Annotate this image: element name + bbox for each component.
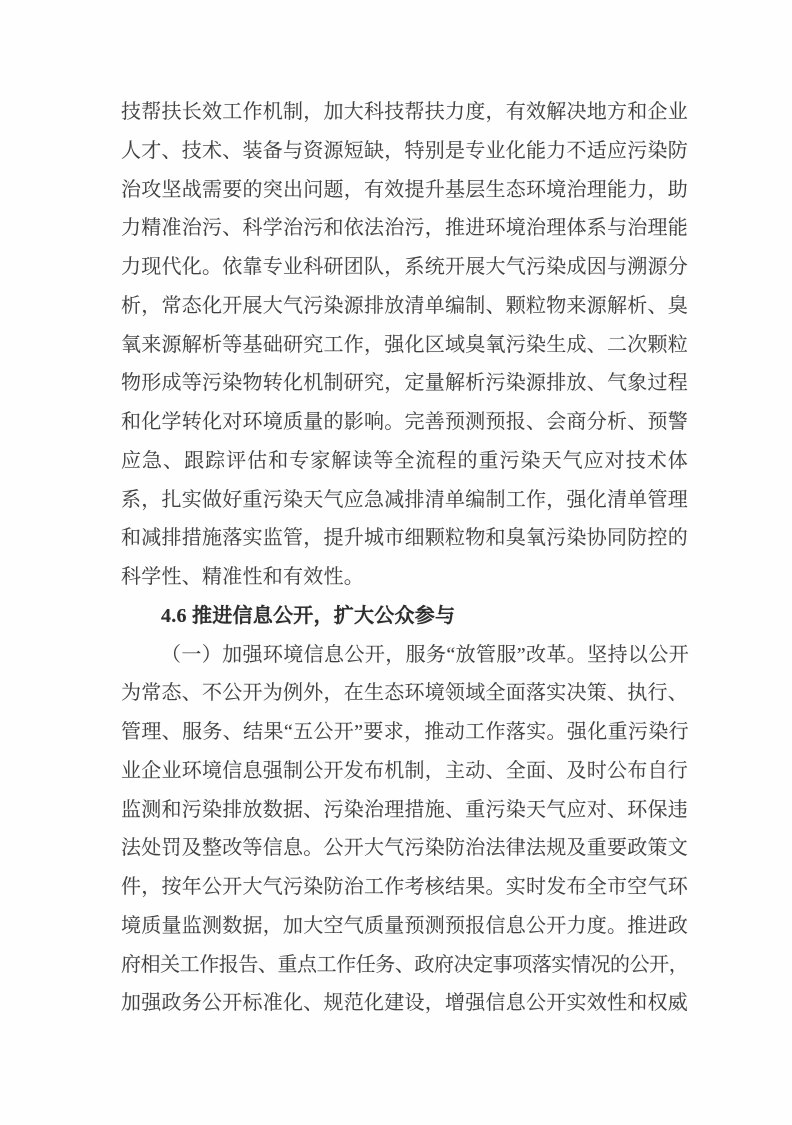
text-line: 监测和污染排放数据、污染治理措施、重污染天气应对、环保违 <box>121 791 688 830</box>
text-line: 加强政务公开标准化、规范化建设，增强信息公开实效性和权威 <box>121 984 688 1023</box>
text-line: 力现代化。依靠专业科研团队，系统开展大气污染成因与溯源分 <box>121 248 688 287</box>
text-line: 系，扎实做好重污染天气应急减排清单编制工作，强化清单管理 <box>121 481 688 520</box>
text-line: 氧来源解析等基础研究工作，强化区域臭氧污染生成、二次颗粒 <box>121 326 688 365</box>
text-line: 物形成等污染物转化机制研究，定量解析污染源排放、气象过程 <box>121 364 688 403</box>
text-line: 业企业环境信息强制公开发布机制，主动、全面、及时公布自行 <box>121 752 688 791</box>
text-line: （一）加强环境信息公开，服务“放管服”改革。坚持以公开 <box>121 636 688 675</box>
text-line: 应急、跟踪评估和专家解读等全流程的重污染天气应对技术体 <box>121 442 688 481</box>
text-line: 科学性、精准性和有效性。 <box>121 558 688 597</box>
text-line: 管理、服务、结果“五公开”要求，推动工作落实。强化重污染行 <box>121 713 688 752</box>
text-line: 和化学转化对环境质量的影响。完善预测预报、会商分析、预警 <box>121 403 688 442</box>
text-line: 力精准治污、科学治污和依法治污，推进环境治理体系与治理能 <box>121 209 688 248</box>
document-body: 技帮扶长效工作机制，加大科技帮扶力度，有效解决地方和企业人才、技术、装备与资源短… <box>121 93 688 1023</box>
text-line: 治攻坚战需要的突出问题，有效提升基层生态环境治理能力，助 <box>121 171 688 210</box>
text-line: 府相关工作报告、重点工作任务、政府决定事项落实情况的公开， <box>121 946 688 985</box>
text-line: 技帮扶长效工作机制，加大科技帮扶力度，有效解决地方和企业 <box>121 93 688 132</box>
section-heading-line: 4.6 推进信息公开，扩大公众参与 <box>121 597 688 636</box>
text-line: 和减排措施落实监管，提升城市细颗粒物和臭氧污染协同防控的 <box>121 519 688 558</box>
text-line: 为常态、不公开为例外，在生态环境领域全面落实决策、执行、 <box>121 674 688 713</box>
text-line: 人才、技术、装备与资源短缺，特别是专业化能力不适应污染防 <box>121 132 688 171</box>
text-line: 析，常态化开展大气污染源排放清单编制、颗粒物来源解析、臭 <box>121 287 688 326</box>
text-line: 法处罚及整改等信息。公开大气污染防治法律法规及重要政策文 <box>121 829 688 868</box>
text-line: 件，按年公开大气污染防治工作考核结果。实时发布全市空气环 <box>121 868 688 907</box>
text-line: 境质量监测数据，加大空气质量预测预报信息公开力度。推进政 <box>121 907 688 946</box>
document-page: 技帮扶长效工作机制，加大科技帮扶力度，有效解决地方和企业人才、技术、装备与资源短… <box>0 0 792 1125</box>
